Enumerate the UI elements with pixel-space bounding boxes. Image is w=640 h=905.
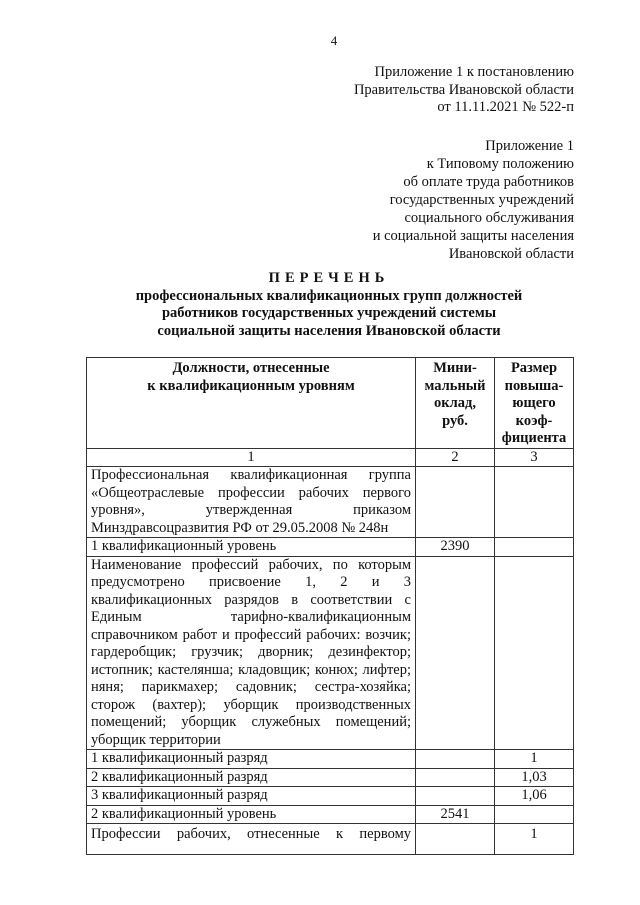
row-position: 1 квалификационный разряд: [87, 750, 416, 769]
row-coefficient: [495, 467, 574, 538]
row-position: 1 квалификационный уровень: [87, 538, 416, 557]
row-position: 2 квалификационный разряд: [87, 768, 416, 787]
header-positions: Должности, отнесенные к квалификационным…: [87, 358, 416, 449]
approval-line: от 11.11.2021 № 522-п: [354, 99, 574, 117]
row-min-salary: 2541: [416, 805, 495, 824]
column-number: 1: [87, 448, 416, 467]
annex-line: Ивановской области: [324, 245, 574, 263]
row-min-salary: [416, 787, 495, 806]
approval-line: Приложение 1 к постановлению: [354, 64, 574, 82]
header-positions-text: Должности, отнесенные к квалификационным…: [147, 360, 354, 394]
annex-line: государственных учреждений: [324, 191, 574, 209]
table-row: Наименование профессий рабочих, по котор…: [87, 556, 574, 750]
row-coefficient: 1,06: [495, 787, 574, 806]
annex-line: Приложение 1: [324, 137, 574, 155]
title-subtitle-line: работников государственных учреждений си…: [86, 305, 572, 323]
column-number: 3: [495, 448, 574, 467]
row-coefficient: 1: [495, 824, 574, 855]
header-coefficient: Размер повыша- ющего коэф- фициента: [495, 358, 574, 449]
row-position: Профессиональная квалификационная группа…: [87, 467, 416, 538]
annex-line: социального обслуживания: [324, 209, 574, 227]
table-row: 2 квалификационный разряд 1,03: [87, 768, 574, 787]
table-row: 1 квалификационный разряд 1: [87, 750, 574, 769]
row-coefficient: [495, 556, 574, 750]
row-position: Профессии рабочих, отнесенные к первому: [87, 824, 416, 855]
row-position: Наименование профессий рабочих, по котор…: [87, 556, 416, 750]
row-coefficient: [495, 805, 574, 824]
row-min-salary: [416, 824, 495, 855]
row-coefficient: 1,03: [495, 768, 574, 787]
row-min-salary: [416, 768, 495, 787]
approval-line: Правительства Ивановской области: [354, 82, 574, 100]
annex-line: и социальной защиты населения: [324, 227, 574, 245]
title-subtitle-line: профессиональных квалификационных групп …: [86, 288, 572, 306]
row-position: 2 квалификационный уровень: [87, 805, 416, 824]
header-min-salary: Мини- мальный оклад, руб.: [416, 358, 495, 449]
title-heading: ПЕРЕЧЕНЬ: [86, 270, 572, 288]
row-min-salary: [416, 467, 495, 538]
table-row: 1 квалификационный уровень 2390: [87, 538, 574, 557]
page-number: 4: [0, 33, 640, 49]
row-position: 3 квалификационный разряд: [87, 787, 416, 806]
table-header-row: Должности, отнесенные к квалификационным…: [87, 358, 574, 449]
annex-reference: Приложение 1 к Типовому положению об опл…: [324, 137, 574, 263]
row-min-salary: 2390: [416, 538, 495, 557]
column-number-row: 1 2 3: [87, 448, 574, 467]
approval-reference: Приложение 1 к постановлению Правительст…: [354, 64, 574, 117]
annex-line: к Типовому положению: [324, 155, 574, 173]
header-coefficient-text: Размер повыша- ющего коэф- фициента: [502, 360, 566, 446]
table-row: Профессиональная квалификационная группа…: [87, 467, 574, 538]
document-title: ПЕРЕЧЕНЬ профессиональных квалификационн…: [86, 270, 572, 340]
table-row: 2 квалификационный уровень 2541: [87, 805, 574, 824]
row-min-salary: [416, 556, 495, 750]
table-row: 3 квалификационный разряд 1,06: [87, 787, 574, 806]
row-min-salary: [416, 750, 495, 769]
table-row: Профессии рабочих, отнесенные к первому …: [87, 824, 574, 855]
header-min-salary-text: Мини- мальный оклад, руб.: [425, 360, 486, 429]
column-number: 2: [416, 448, 495, 467]
row-coefficient: [495, 538, 574, 557]
annex-line: об оплате труда работников: [324, 173, 574, 191]
row-position-text: Профессии рабочих, отнесенные к первому: [91, 826, 411, 844]
row-coefficient: 1: [495, 750, 574, 769]
title-subtitle-line: социальной защиты населения Ивановской о…: [86, 323, 572, 341]
qualification-groups-table: Должности, отнесенные к квалификационным…: [86, 357, 574, 855]
